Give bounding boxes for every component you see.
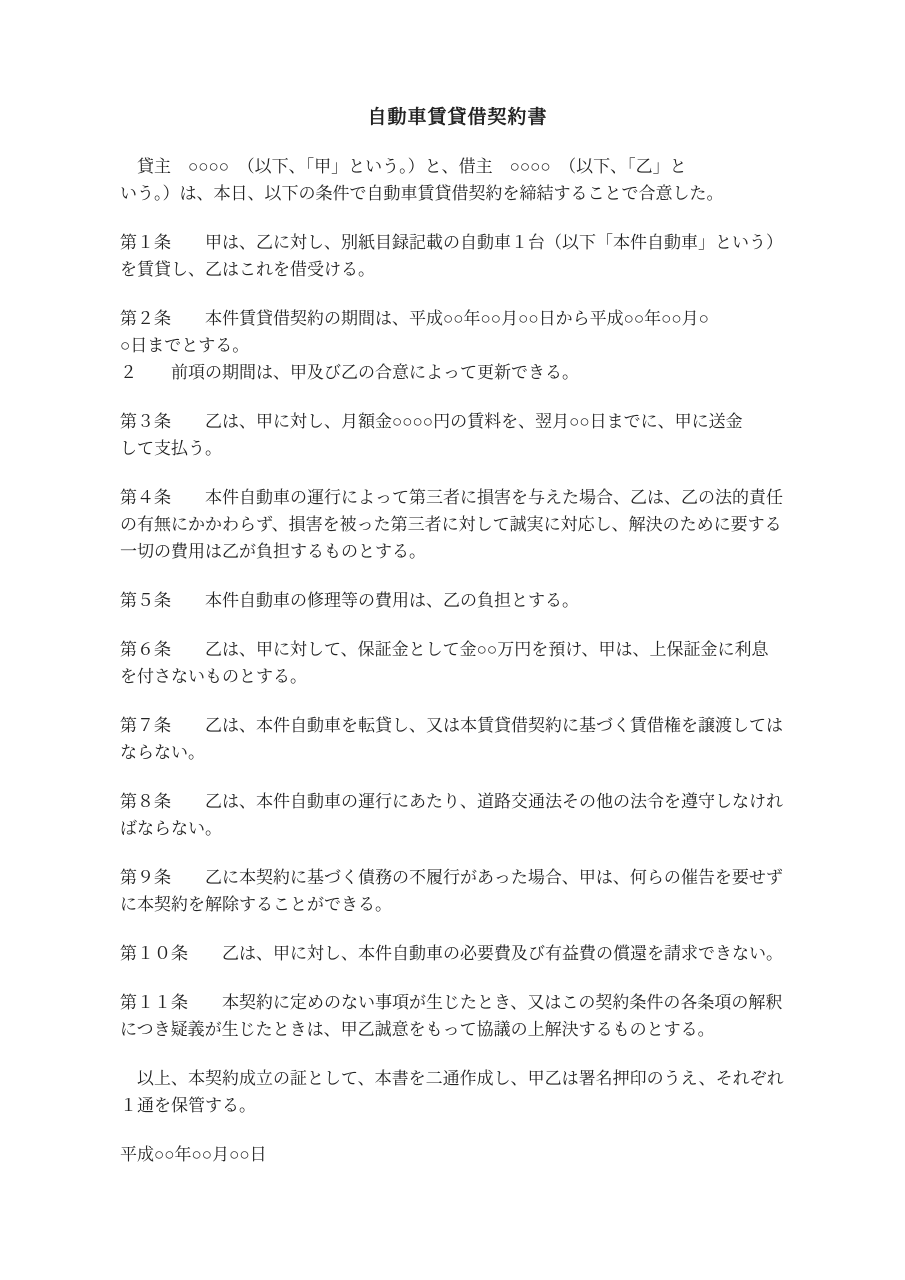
paragraph-article-7: 第７条 乙は、本件自動車を転貸し、又は本賃貸借契約に基づく賃借権を譲渡しては な…: [120, 712, 795, 766]
paragraph-article-9: 第９条 乙に本契約に基づく債務の不履行があった場合、甲は、何らの催告を要せず に…: [120, 864, 795, 918]
paragraph-article-2: 第２条 本件賃貸借契約の期間は、平成○○年○○月○○日から平成○○年○○月○ ○…: [120, 305, 795, 386]
paragraph-article-8: 第８条 乙は、本件自動車の運行にあたり、道路交通法その他の法令を遵守しなけれ ば…: [120, 788, 795, 842]
document-title: 自動車賃貸借契約書: [120, 104, 795, 131]
paragraph-intro: 貸主 ○○○○ （以下、「甲」という。）と、借主 ○○○○ （以下、「乙」と い…: [120, 153, 795, 207]
contract-document-page: 自動車賃貸借契約書 貸主 ○○○○ （以下、「甲」という。）と、借主 ○○○○ …: [0, 0, 905, 1280]
paragraph-article-5: 第５条 本件自動車の修理等の費用は、乙の負担とする。: [120, 587, 795, 614]
paragraph-article-6: 第６条 乙は、甲に対して、保証金として金○○万円を預け、甲は、上保証金に利息 を…: [120, 636, 795, 690]
paragraph-closing: 以上、本契約成立の証として、本書を二通作成し、甲乙は署名押印のうえ、それぞれ １…: [120, 1065, 795, 1119]
paragraph-article-1: 第１条 甲は、乙に対し、別紙目録記載の自動車１台（以下「本件自動車」という） を…: [120, 229, 795, 283]
paragraph-date: 平成○○年○○月○○日: [120, 1141, 795, 1168]
paragraph-article-10: 第１０条 乙は、甲に対し、本件自動車の必要費及び有益費の償還を請求できない。: [120, 940, 795, 967]
paragraph-article-11: 第１１条 本契約に定めのない事項が生じたとき、又はこの契約条件の各条項の解釈 に…: [120, 989, 795, 1043]
paragraph-article-4: 第４条 本件自動車の運行によって第三者に損害を与えた場合、乙は、乙の法的責任 の…: [120, 484, 795, 565]
paragraph-article-3: 第３条 乙は、甲に対し、月額金○○○○円の賃料を、翌月○○日までに、甲に送金 し…: [120, 408, 795, 462]
paragraph-container: 貸主 ○○○○ （以下、「甲」という。）と、借主 ○○○○ （以下、「乙」と い…: [120, 153, 795, 1168]
